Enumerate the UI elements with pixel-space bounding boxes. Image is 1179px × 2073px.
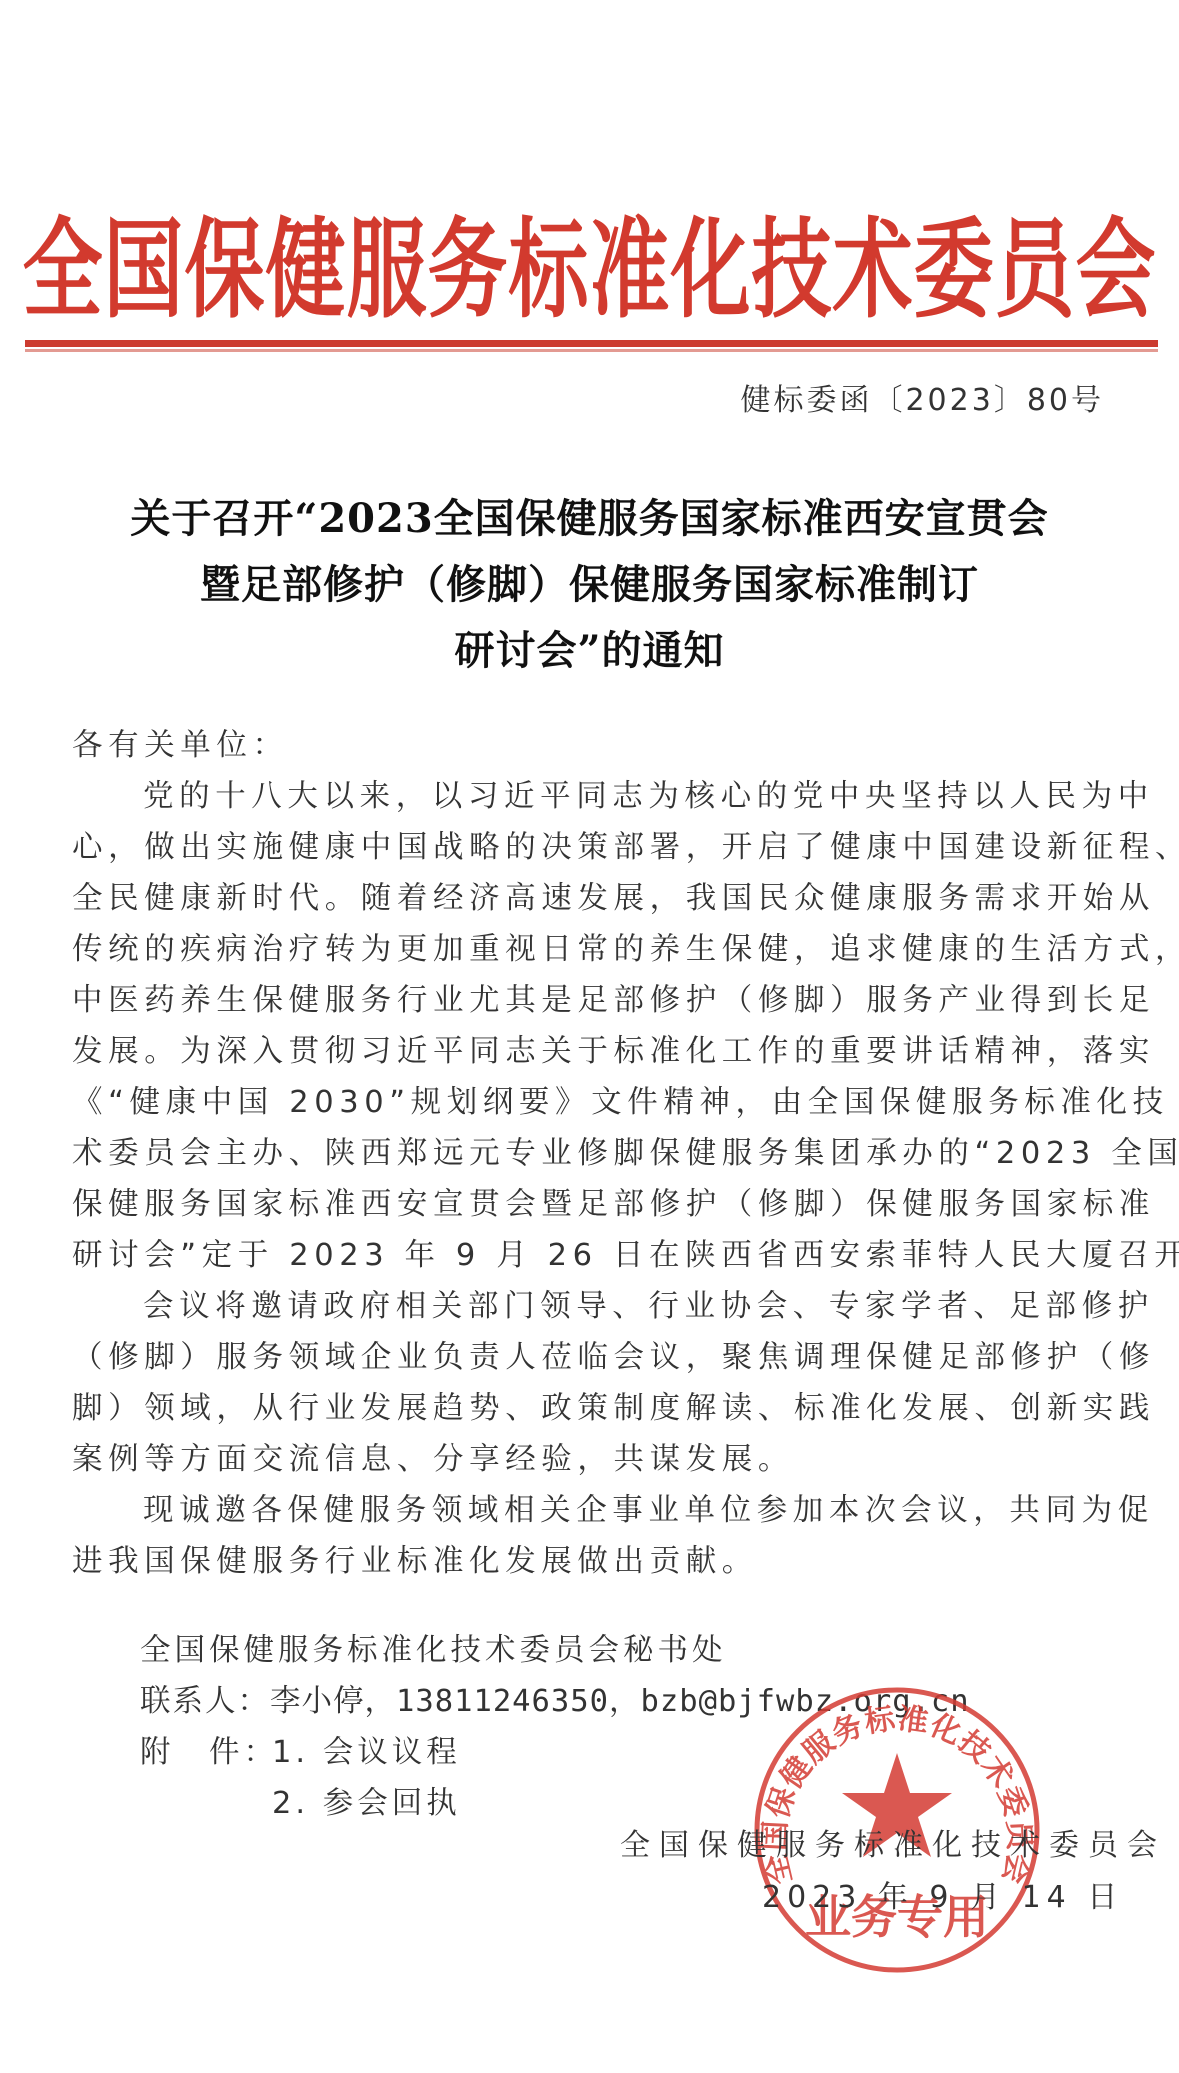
attachment-item-2[interactable]: 2. 参会回执: [272, 1778, 461, 1829]
subject-line-1: 关于召开“2023全国保健服务国家标准西安宣贯会: [0, 487, 1179, 544]
letterhead-rule-thick: [25, 340, 1158, 347]
contact-label: 联系人：: [140, 1684, 270, 1719]
body-line: （修脚）服务领域企业负责人莅临会议，聚焦调理保健足部修护（修: [72, 1332, 1155, 1383]
body-line: 案例等方面交流信息、分享经验，共谋发展。: [72, 1434, 794, 1485]
body-line: 现诚邀各保健服务领域相关企事业单位参加本次会议，共同为促: [143, 1485, 1154, 1536]
attachments-label: 附 件：: [140, 1727, 278, 1778]
secretariat-office: 全国保健服务标准化技术委员会秘书处: [140, 1625, 727, 1676]
subject-line-2: 暨足部修护（修脚）保健服务国家标准制订: [0, 553, 1179, 610]
body-line: 术委员会主办、陕西郑远元专业修脚保健服务集团承办的“2023 全国: [72, 1128, 1179, 1179]
subject-line-3: 研讨会”的通知: [0, 619, 1179, 676]
body-line: 党的十八大以来，以习近平同志为核心的党中央坚持以人民为中: [143, 771, 1154, 822]
signoff-org: 全国保健服务标准化技术委员会: [620, 1820, 1166, 1864]
document-number: 健标委函〔2023〕80号: [740, 375, 1104, 419]
body-line: 中医药养生保健服务行业尤其是足部修护（修脚）服务产业得到长足: [72, 975, 1155, 1026]
body-line: 研讨会”定于 2023 年 9 月 26 日在陕西省西安索菲特人民大厦召开。: [72, 1230, 1179, 1281]
body-line: 进我国保健服务行业标准化发展做出贡献。: [72, 1536, 758, 1587]
body-line: 全民健康新时代。随着经济高速发展，我国民众健康服务需求开始从: [72, 873, 1155, 924]
salutation: 各有关单位：: [72, 720, 289, 771]
letterhead-rule-thin: [25, 349, 1158, 352]
body-line: 会议将邀请政府相关部门领导、行业协会、专家学者、足部修护: [143, 1281, 1154, 1332]
body-line: 传统的疾病治疗转为更加重视日常的养生保健，追求健康的生活方式，: [72, 924, 1179, 975]
body-line: 发展。为深入贯彻习近平同志关于标准化工作的重要讲话精神，落实: [72, 1026, 1155, 1077]
attachment-item-1[interactable]: 1. 会议议程: [272, 1727, 461, 1778]
body-line: 《“健康中国 2030”规划纲要》文件精神，由全国保健服务标准化技: [72, 1077, 1169, 1128]
signoff-date: 2023 年 9 月 14 日: [762, 1872, 1123, 1916]
body-line: 保健服务国家标准西安宣贯会暨足部修护（修脚）保健服务国家标准: [72, 1179, 1155, 1230]
letterhead-title: 全国保健服务标准化技术委员会: [0, 188, 1179, 350]
body-line: 心，做出实施健康中国战略的决策部署，开启了健康中国建设新征程、: [72, 822, 1179, 873]
body-line: 脚）领域，从行业发展趋势、政策制度解读、标准化发展、创新实践: [72, 1383, 1155, 1434]
